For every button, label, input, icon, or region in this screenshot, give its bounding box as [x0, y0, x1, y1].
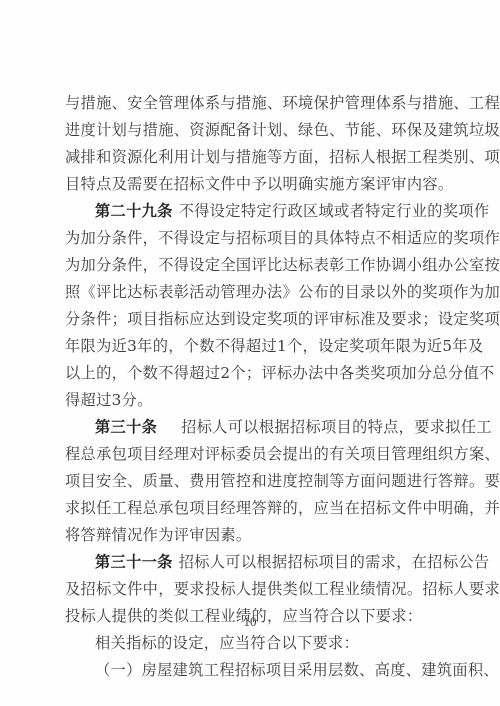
article-31-first-line: 第三十一条招标人可以根据招标项目的需求，在招标公告 — [65, 549, 433, 576]
article-30-first-line: 第三十条招标人可以根据招标项目的特点，要求拟任工 — [65, 414, 433, 441]
indicators-line: 相关指标的设定，应当符合以下要求： — [65, 630, 433, 657]
text-line: 项目安全、质量、费用管控和进度控制等方面问题进行答辩。要 — [65, 468, 433, 495]
text-line: 进度计划与措施、资源配备计划、绿色、节能、环保及建筑垃圾 — [65, 117, 433, 144]
text-line: 分条件；项目指标应达到设定奖项的评审标准及要求；设定奖项 — [65, 306, 433, 333]
article-text: 不得设定特定行政区域或者特定行业的奖项作 — [179, 202, 490, 220]
text-line: 年限为近3年的，个数不得超过1个，设定奖项年限为近5年及 — [65, 333, 433, 360]
article-heading: 第三十一条 — [95, 553, 173, 571]
article-text: 招标人可以根据招标项目的特点，要求拟任工 — [181, 418, 492, 436]
article-text: 招标人可以根据招标项目的需求，在招标公告 — [179, 553, 490, 571]
text-line: 目特点及需要在招标文件中予以明确实施方案评审内容。 — [65, 171, 433, 198]
text-line: 与措施、安全管理体系与措施、环境保护管理体系与措施、工程 — [65, 90, 433, 117]
text-line: 求拟任工程总承包项目经理答辩的，应当在招标文件中明确，并 — [65, 495, 433, 522]
text-line: 为加分条件，不得设定全国评比达标表彰工作协调小组办公室按 — [65, 252, 433, 279]
item-1-line: （一）房屋建筑工程招标项目采用层数、高度、建筑面积、 — [65, 657, 433, 684]
text-line: 减排和资源化利用计划与措施等方面，招标人根据工程类别、项 — [65, 144, 433, 171]
text-line: 照《评比达标表彰活动管理办法》公布的目录以外的奖项作为加 — [65, 279, 433, 306]
page-number: 10 — [0, 614, 500, 630]
article-29-first-line: 第二十九条不得设定特定行政区域或者特定行业的奖项作 — [65, 198, 433, 225]
text-line: 得超过3分。 — [65, 387, 433, 414]
text-line: 及招标文件中，要求投标人提供类似工程业绩情况。招标人要求 — [65, 576, 433, 603]
page-body: 与措施、安全管理体系与措施、环境保护管理体系与措施、工程 进度计划与措施、资源配… — [65, 90, 433, 684]
article-heading: 第二十九条 — [95, 202, 173, 220]
document-page: 与措施、安全管理体系与措施、环境保护管理体系与措施、工程 进度计划与措施、资源配… — [0, 0, 500, 706]
text-line: 将答辩情况作为评审因素。 — [65, 522, 433, 549]
article-heading: 第三十条 — [95, 418, 157, 436]
text-line: 程总承包项目经理对评标委员会提出的有关项目管理组织方案、 — [65, 441, 433, 468]
text-line: 以上的，个数不得超过2个；评标办法中各类奖项加分总分值不 — [65, 360, 433, 387]
text-line: 为加分条件，不得设定与招标项目的具体特点不相适应的奖项作 — [65, 225, 433, 252]
